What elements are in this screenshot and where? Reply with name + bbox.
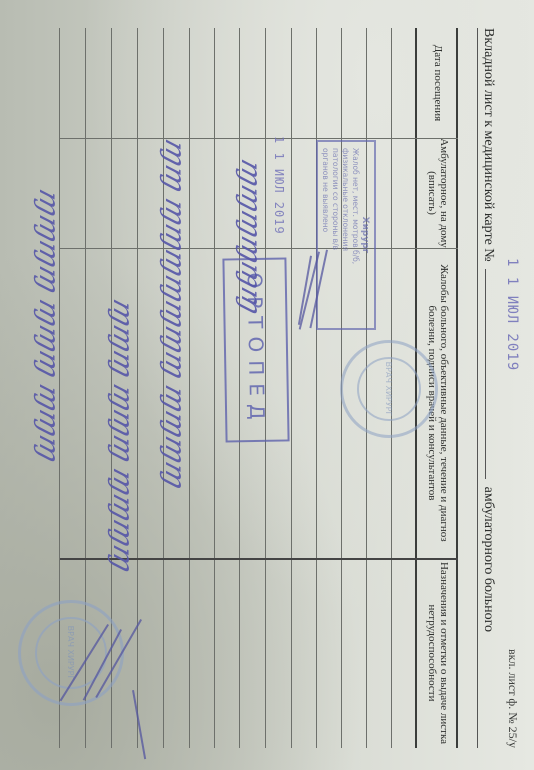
handwritten-entry: ɱɱɱɱ ɱɱɱ ɱɱɱ (33, 185, 66, 467)
surgeon-stamp-line: физикальные отклонения (340, 148, 350, 322)
form-code: вкл. лист ф. № 25/у (505, 649, 520, 748)
surgeon-exam-stamp: Хирург Жалоб нет, мест. мотров б/б, физи… (316, 140, 376, 330)
surgeon-stamp-line: органов не выявлено (320, 148, 330, 322)
signature-stroke (132, 690, 146, 759)
form-title-suffix: амбулаторного больного (481, 487, 496, 632)
top-date-stamp: 1 1 ИЮЛ 2019 (504, 258, 520, 371)
handwritten-entry: ɱɱ ɱɱɱɱɱɱɱ ɱɱɱɱ (159, 135, 192, 494)
surgeon-stamp-line: патологии со стороны в/в (330, 148, 340, 322)
surgeon-stamp-line: Жалоб нет, мест. мотров б/б, (350, 148, 360, 322)
handwritten-entry: ɱɱɱɱɱɱ (235, 155, 268, 319)
row-rule (291, 28, 292, 748)
column-divider (60, 138, 458, 139)
visit-date-stamp: 1 1 ИЮЛ 2019 (272, 136, 286, 235)
form-title-prefix: Вкладной лист к медицинской карте № (481, 28, 496, 262)
handwritten-entry: ɱɱɱ ɱɱɱ ɱɱɱɱ (107, 295, 140, 577)
row-rule (214, 28, 215, 748)
column-header-prescriptions: Назначения и отметки о выдаче листка нет… (418, 558, 458, 748)
row-rule (316, 28, 317, 748)
column-header-place: Амбулаторное, на дому (вписать) (418, 138, 458, 248)
medical-form-page: вкл. лист ф. № 25/у 1 1 ИЮЛ 2019 Вкладно… (0, 0, 534, 770)
surgeon-stamp-title: Хирург (360, 148, 370, 322)
form-title: Вкладной лист к медицинской карте № амбу… (477, 28, 496, 748)
card-number-field (485, 269, 486, 479)
column-header-date: Дата посещения (418, 28, 458, 138)
round-seal-stamp: ВРАЧ ХИРУРГ (340, 340, 438, 438)
